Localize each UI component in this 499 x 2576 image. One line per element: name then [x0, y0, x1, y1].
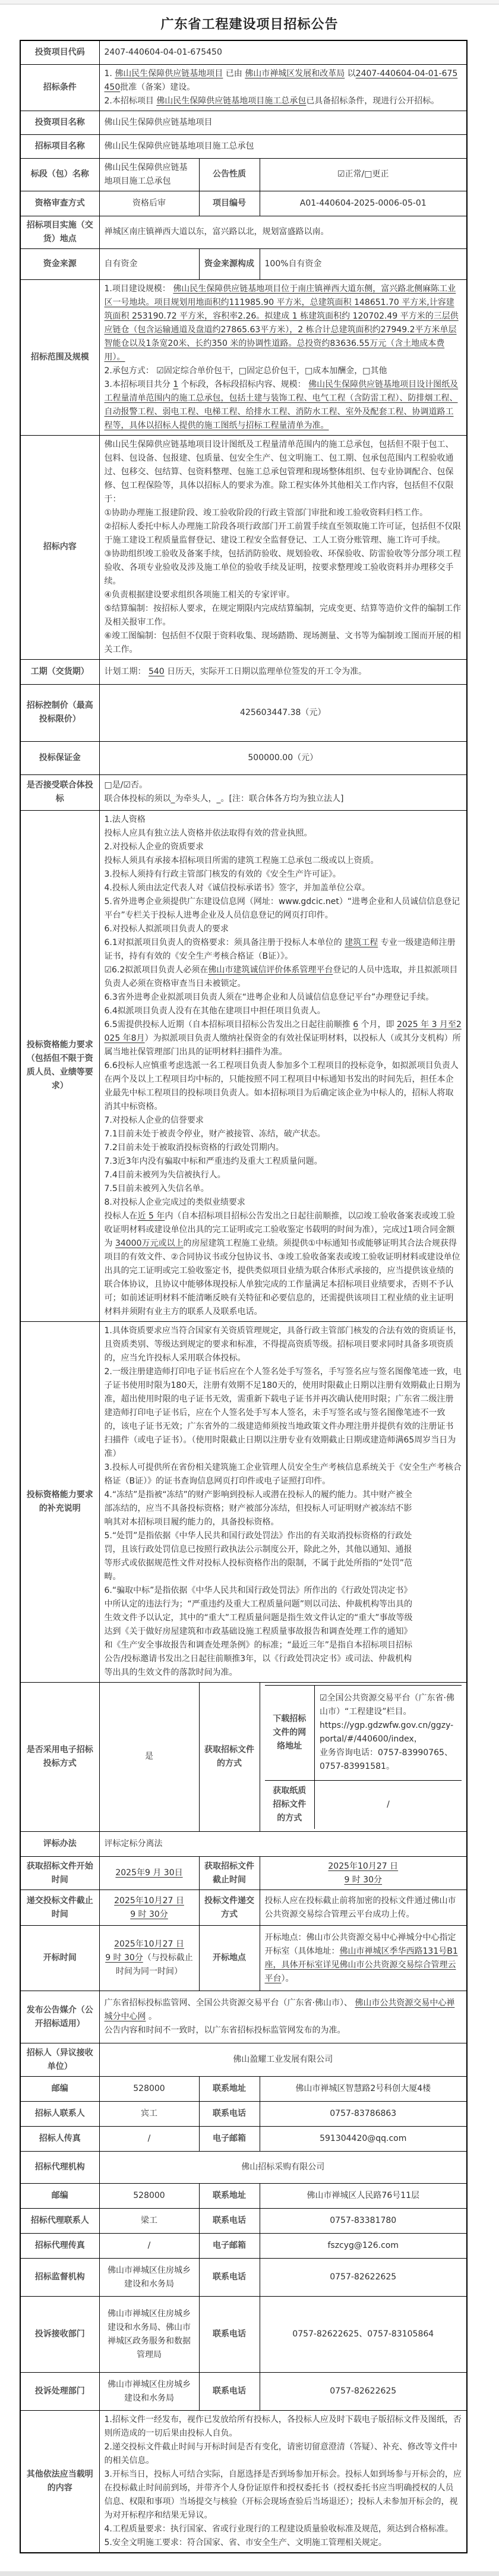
row-complaint-handling-value: 佛山市禅城区住房城乡建设和水务局 — [99, 2373, 199, 2411]
row-invest-project-name: 投资项目名称佛山民生保障供应链基地项目 — [20, 111, 467, 134]
paragraph: 1.法人资格 — [105, 813, 462, 827]
row-e-bidding-subtable: 下载招标文件的网络地址☑全国公共资源交易平台（广东省·佛山市）“工程建设”栏目。… — [260, 1682, 467, 1832]
row-opening-time-label: 开标时间 — [20, 1926, 99, 1991]
row-other-contents-value: 1.招标文件一经发布，视作已发放给所有投标人，各投标人应及时下载电子版招标文件及… — [99, 2411, 467, 2553]
row-opening-time-label: 开标地点 — [199, 1926, 260, 1991]
underlined-text-segment: 佛山市禅城区发展和改革局 — [245, 69, 345, 78]
row-control-price-label: 招标控制价（最高投标限价） — [20, 684, 99, 741]
text-segment: 1. — [105, 69, 115, 78]
row-e-bidding-label: 是否采用电子招标投标方式 — [20, 1682, 99, 1832]
text-segment: 6.6投标人应慎重考虑选派一名工程项目负责人参加多个工程项目的投标竞争，如拟派项… — [105, 1061, 459, 1111]
paragraph: 8.对投标人企业完成过的类似业绩要求 — [105, 1196, 462, 1210]
row-agency-fax: 招标代理传真/电子邮箱fszcyg@126.com — [20, 2234, 467, 2259]
paragraph: 7.对投标人企业的信誉要求 — [105, 1114, 462, 1128]
text-segment: 公告内容和时间不一致时，以广东省招标投标监管网发布的为准。 — [105, 2026, 346, 2035]
paragraph: 5.“处罚”是指依据《中华人民共和国行政处罚法》作出的有关取消投标资格的行政处罚… — [105, 1529, 419, 1584]
paragraph: 3.本招标项目共分 1 个标段，各标段招标内容、规模： 佛山民生保障供应链基地项… — [105, 378, 462, 433]
row-tenderer: 招标人（异议接收单位）佛山盈耀工业发展有限公司 — [20, 2043, 467, 2077]
paragraph: 6.对投标人拟派项目负责人的要求 — [105, 922, 462, 936]
paragraph: 开标地点：佛山市公共资源交易中心禅城分中心指定开标室（具体地址：佛山市禅城区季华… — [265, 1931, 462, 1986]
row-e-bidding: 是否采用电子招标投标方式是获取招标文件的方式下载招标文件的网络地址☑全国公共资源… — [20, 1682, 467, 1832]
paragraph: 佛山民生保障供应链基地项目设计图纸及工程量清单范围内的施工总承包，包括但不限于包… — [105, 438, 462, 506]
row-opening-time: 开标时间2025年10月27 日9 时 30分（与投标截止时间为同一时间）开标地… — [20, 1926, 467, 1991]
row-location-label: 招标项目实施（交货）地点 — [20, 216, 99, 248]
row-bid-submission-label: 递交投标文件截止时间 — [20, 1890, 99, 1926]
paragraph: ③协助组织竣工验收及备案手续，包括消防验收、规划验收、环保验收、防雷验收等分部分… — [105, 547, 462, 588]
paragraph: 1.招标文件一经发布，视作已发放给所有投标人，各投标人应及时下载电子版招标文件及… — [105, 2413, 462, 2440]
text-segment: 投标人须具有承接本招标项目所需的建筑工程施工总承包二级或以上资质。 — [105, 856, 379, 865]
text-segment: 2.承包方式： ☑固定综合单价包干，□固定总价包干，□成本加酬金，□其他 — [105, 366, 387, 376]
row-control-price-value: 425603447.38（元） — [99, 684, 467, 741]
paragraph: ④负责根据建设要求组织各项施工相关的专家评审。 — [105, 588, 462, 602]
row-doc-obtain-time-value: 2025年10月27 日9 时 30分 — [260, 1857, 467, 1890]
text-segment: 6.4拟派项目负责人没有在其他在建项目中担任项目负责人。 — [105, 1006, 326, 1016]
row-tenderer-contact-value: 0757-83786863 — [260, 2102, 467, 2127]
row-tender-conditions-value: 1. 佛山民生保障供应链基地项目 已由 佛山市禅城区发展和改革局 以2407-4… — [99, 64, 467, 111]
row-e-bidding-value: 是 — [99, 1682, 199, 1832]
page-top-edge — [0, 0, 499, 5]
row-complaint-handling: 投诉处理部门佛山市禅城区住房城乡建设和水务局联系电话0757-82622625 — [20, 2373, 467, 2411]
row-tender-project-name: 招标项目名称佛山民生保障供应链基地项目施工总承包 — [20, 134, 467, 158]
row-tenderer-postcode-label: 邮编 — [20, 2077, 99, 2102]
text-segment: 4.“冻结”是指被“冻结”的财产影响到投标人或潜在投标人的履约能力。其中财产被全… — [105, 1490, 412, 1527]
paragraph: ⑤结算编制：按招标人要求，在规定期限内完成结算编制，完成变更、结算等造价文件的编… — [105, 602, 462, 629]
row-doc-obtain-time-value: 2025年9 月 30日 — [99, 1857, 199, 1890]
paragraph: 6.6投标人应慎重考虑选派一名工程项目负责人参加多个工程项目的投标竞争，如拟派项… — [105, 1059, 462, 1114]
row-supervision-label: 联系电话 — [199, 2259, 260, 2297]
row-tender-conditions-label: 招标条件 — [20, 64, 99, 111]
paragraph: 4.投标人须由法定代表人对《诚信投标承诺书》签字，并加盖单位公章。 — [105, 881, 462, 895]
text-segment: ②招标人委托中标人办理施工阶段各项行政部门开工前置手续直至领取施工许可证，包括但… — [105, 522, 462, 545]
text-segment: 2.一级注册建造师打印电子证书后应在个人签名处手写签名，手写签名应与签名图像笔迹… — [105, 1367, 462, 1459]
text-segment: ①协助办理施工报建阶段、竣工验收阶段的行政主管部门审批和竣工验收资料归档工作。 — [105, 508, 428, 518]
row-agency-fax-value: fszcyg@126.com — [260, 2234, 467, 2259]
text-segment: 已具备招标条件，现进行公开招标。 — [306, 96, 439, 106]
text-segment: 6.3省外进粤企业拟派项目负责人须在“进粤企业和人员诚信信息登记平台”办理登记手… — [105, 993, 434, 1002]
paragraph: 2025年10月27 日 — [265, 1860, 462, 1873]
row-location-value: 禅城区南庄镇禅西大道以东，富兴路以北，规划富盛路以南。 — [99, 216, 467, 248]
text-segment: 6.5需提供投标人近期（自本招标项目招标公告发出之日起往前顺推 — [105, 1020, 353, 1029]
text-segment: 联合体投标的须以_为牵头人，_。[注：联合体各方均为独立法人] — [105, 794, 344, 804]
row-complaint-receiving-label: 联系电话 — [199, 2297, 260, 2373]
paragraph: 2.一级注册建造师打印电子证书后应在个人签名处手写签名，手写签名应与签名图像笔迹… — [105, 1365, 462, 1461]
text-segment: ⑤结算编制：按招标人要求，在规定期限内完成结算编制，完成变更、结算等造价文件的编… — [105, 604, 462, 627]
row-qualification-method-value: A01-440604-2025-0006-05-01 — [260, 191, 467, 216]
paragraph: 1.项目建设规模： 佛山民生保障供应链基地项目位于南庄镇禅西大道东侧，富兴路北侧… — [105, 282, 462, 364]
row-consortium: 是否接受联合体投标□是/☑否。联合体投标的须以_为牵头人，_。[注：联合体各方均… — [20, 774, 467, 810]
row-tenderer-value: 佛山盈耀工业发展有限公司 — [99, 2043, 467, 2077]
paragraph: 3.开标当日，投标人可结合实际，自愿选择是否到场参加开标会。投标人如到场参与开标… — [105, 2468, 462, 2523]
paragraph: 2.对投标人企业的资质要求 — [105, 840, 462, 854]
text-segment: 5.安全文明施工要求：符合国家、省、市安全生产、文明施工管理相关规定。 — [105, 2538, 387, 2547]
row-qualification-method-label: 资格审查方式 — [20, 191, 99, 216]
row-tenderer-contact: 招标人联系人宾工联系电话0757-83786863 — [20, 2102, 467, 2127]
row-complaint-receiving-value: 0757-82622625、0757-83105864 — [260, 2297, 467, 2373]
underlined-text-segment: 近 5 年 — [138, 1211, 165, 1221]
underlined-text-segment: 2025年10月27 日 — [114, 1939, 184, 1949]
row-agency-contact: 招标代理联系人梁工联系电话0757-83381780 — [20, 2209, 467, 2234]
text-segment: ③协助组织竣工验收及备案手续，包括消防验收、规划验收、环保验收、防雷验收等分部分… — [105, 549, 462, 586]
row-qualification-notes-label: 投标资格能力要求的补充说明 — [20, 1321, 99, 1682]
text-segment: 投标人应具有独立法人资格并依法取得有效的营业执照。 — [105, 829, 312, 838]
text-segment: ）为拟派项目负责人缴纳社保资金的有效社保证明材料，以投标人（或其分支机构）所属当… — [105, 1034, 461, 1057]
row-complaint-handling-label: 联系电话 — [199, 2373, 260, 2411]
paragraph: 9 时 30分（与投标截止 — [105, 1951, 194, 1965]
paragraph: 2.承包方式： ☑固定综合单价包干，□固定总价包干，□成本加酬金，□其他 — [105, 364, 462, 378]
row-tender-content: 招标内容佛山民生保障供应链基地项目设计图纸及工程量清单范围内的施工总承包，包括但… — [20, 435, 467, 659]
row-tenderer-postcode: 邮编528000联系地址佛山市禅城区智慧路2号科创大厦4楼 — [20, 2077, 467, 2102]
paragraph: 7.3近3年内没有骗取中标和严重违约及重大工程质量问题。 — [105, 1155, 462, 1169]
paragraph: 6.5需提供投标人近期（自本招标项目招标公告发出之日起往前顺推 6 个月，即 2… — [105, 1018, 462, 1059]
underlined-text-segment: 佛山民生保障供应链基地项目位于南庄镇禅西大道东侧，富兴路北侧麻陈工业区一号地块。… — [105, 284, 459, 362]
row-qualification-method-label: 项目编号 — [199, 191, 260, 216]
row-tenderer-fax-value: 591304420@qq.com — [260, 2127, 467, 2152]
underlined-text-segment: 6 — [353, 1020, 358, 1029]
text-segment: 3.本招标项目共分 — [105, 380, 173, 389]
paragraph: ②招标人委托中标人办理施工阶段各项行政部门开工前置手续直至领取施工许可证，包括但… — [105, 520, 462, 547]
row-agency-fax-label: 电子邮箱 — [199, 2234, 260, 2259]
row-bid-deposit: 投标保证金500000.00（元） — [20, 741, 467, 774]
row-tenderer-label: 招标人（异议接收单位） — [20, 2043, 99, 2077]
row-scope-label: 招标范围及规模 — [20, 279, 99, 435]
paragraph: 6.4拟派项目负责人没有在其他在建项目中担任项目负责人。 — [105, 1004, 462, 1018]
row-agency-postcode: 邮编528000联系地址佛山市禅城区人民路76号11层 — [20, 2184, 467, 2209]
text-segment: □是/☑否。 — [105, 780, 148, 790]
row-qualification-requirements-label: 投标资格能力要求（包括但不限于资质人员、业绩等要求） — [20, 810, 99, 1321]
underlined-text-segment: 9 时 30分 — [344, 1875, 382, 1885]
row-doc-obtain-time-label: 获取招标文件开始时间 — [20, 1857, 99, 1890]
underlined-text-segment: 佛山民生保障供应链基地项目施工总承包 — [156, 96, 306, 106]
paragraph: 2025年10月27 日 — [105, 1938, 194, 1951]
paragraph: 业务咨询电话：0757-83990765、0757-83991581。 — [320, 1746, 457, 1774]
text-segment: 业务咨询电话：0757-83990765、0757-83991581。 — [320, 1748, 453, 1771]
row-e-bidding-sub-label: 下载招标文件的网络地址 — [265, 1685, 315, 1780]
text-segment: 7.1目前未处于被责令停业，财产被接管、冻结，破产状态。 — [105, 1129, 326, 1139]
row-project-code-value: 2407-440604-04-01-675450 — [99, 40, 467, 64]
text-segment: 7.4目前未被列为失信被执行人。 — [105, 1170, 226, 1180]
row-evaluation-method-value: 评标定标分离法 — [99, 1832, 467, 1857]
row-opening-time-value: 开标地点：佛山市公共资源交易中心禅城分中心指定开标室（具体地址：佛山市禅城区季华… — [260, 1926, 467, 1991]
text-segment: ☑全国公共资源交易平台（广东省·佛山市）“工程建设”栏目。 — [320, 1693, 454, 1717]
row-agency: 招标代理机构佛山招标采购有限公司 — [20, 2152, 467, 2184]
row-consortium-value: □是/☑否。联合体投标的须以_为牵头人，_。[注：联合体各方均为独立法人] — [99, 774, 467, 810]
row-fund-source-value: 自有资金 — [99, 248, 199, 279]
text-segment: 3.开标当日，投标人可结合实际，自愿选择是否到场参加开标会。投标人如到场参与开标… — [105, 2470, 462, 2520]
row-agency-contact-label: 招标代理联系人 — [20, 2209, 99, 2234]
row-tenderer-contact-value: 宾工 — [99, 2102, 199, 2127]
paragraph: 4.“冻结”是指被“冻结”的财产影响到投标人或潜在投标人的履约能力。其中财产被全… — [105, 1488, 419, 1529]
text-segment: ☑6.2拟派项目负责人必须在 — [105, 965, 209, 975]
text-segment: 投标人在 — [105, 1211, 138, 1221]
paragraph: 7.1目前未处于被责令停业，财产被接管、冻结，破产状态。 — [105, 1128, 462, 1141]
text-segment: 7.对投标人企业的信誉要求 — [105, 1116, 204, 1125]
paragraph: 7.2目前未处于被取消投标资格的行政处罚期内。 — [105, 1141, 462, 1155]
text-segment: 1.招标文件一经发布，视作已发放给所有投标人，各投标人应及时下载电子版招标文件及… — [105, 2415, 462, 2438]
row-supervision-value: 0757-82622625 — [260, 2259, 467, 2297]
row-tenderer-postcode-value: 佛山市禅城区智慧路2号科创大厦4楼 — [260, 2077, 467, 2102]
underlined-text-segment: 建筑工程 — [345, 938, 378, 947]
text-segment: 时间为同一时间） — [116, 1967, 182, 1976]
text-segment: 5.“处罚”是指依据《中华人民共和国行政处罚法》作出的有关取消投标资格的行政处罚… — [105, 1531, 413, 1582]
paragraph: 2025年9 月 30日 — [105, 1866, 194, 1880]
row-tender-project-name-value: 佛山民生保障供应链基地项目施工总承包 — [99, 134, 467, 158]
row-qualification-method-value: 资格后审 — [99, 191, 199, 216]
row-agency-fax-value: / — [99, 2234, 199, 2259]
row-complaint-receiving-label: 投诉接收部门 — [20, 2297, 99, 2373]
underlined-text-segment: 540 — [149, 667, 165, 676]
row-tender-content-value: 佛山民生保障供应链基地项目设计图纸及工程量清单范围内的施工总承包，包括但不限于包… — [99, 435, 467, 659]
text-segment: ⑥竣工图编制：包括但不仅限于资料收集、现场踏勘、现场测量、文书等为编制竣工图而开… — [105, 631, 462, 654]
text-segment: 5.省外进粤企业须提供广东建设信息网（网址：www.gdcic.net）“进粤企… — [105, 897, 460, 920]
row-duration: 工期（交货期）计划工期： 540 日历天，实际开工日期以监理单位签发的开工令为准… — [20, 659, 467, 684]
text-segment: 4.工程质量要求：执行国家、省或行业现行的工程建设质量验收标准及规范，须达到合格… — [105, 2524, 453, 2534]
text-segment: 3.投标人可提供所在省份相关建筑施工企业管理人员安全生产考核信息系统关于《安全生… — [105, 1463, 462, 1486]
row-supervision: 招标监督机构佛山市禅城区住房城乡建设和水务局联系电话0757-82622625 — [20, 2259, 467, 2297]
text-segment: 佛山民生保障供应链基地项目设计图纸及工程量清单范围内的施工总承包，包括但不限于包… — [105, 440, 454, 504]
underlined-text-segment: 34000万元或以上 — [115, 1239, 184, 1248]
paragraph: https://ygp.gdzwfw.gov.cn/ggzy-portal/#/… — [320, 1719, 457, 1746]
paragraph: 投标人在近 5 年内（自本招标项目招标公告发出之日起往前顺推，以☑竣工验收备案表… — [105, 1210, 462, 1319]
row-section-name: 标段（包）名称佛山民生保障供应链基地项目施工总承包公告性质☑正常/□更正 — [20, 158, 467, 191]
paragraph: 2.本招标项目 佛山民生保障供应链基地项目施工总承包已具备招标条件，现进行公开招… — [105, 95, 462, 108]
row-project-code: 投资项目代码2407-440604-04-01-675450 — [20, 40, 467, 64]
paragraph: 9 时 30分 — [265, 1873, 462, 1887]
paragraph: 9 时 30分 — [105, 1908, 194, 1922]
row-consortium-label: 是否接受联合体投标 — [20, 774, 99, 810]
announcement-table-body: 投资项目代码2407-440604-04-01-675450招标条件1. 佛山民… — [20, 40, 467, 2553]
row-project-code-label: 投资项目代码 — [20, 40, 99, 64]
row-section-name-value: 佛山民生保障供应链基地项目施工总承包 — [99, 158, 199, 191]
paragraph: 投标人须具有承接本招标项目所需的建筑工程施工总承包二级或以上资质。 — [105, 854, 462, 868]
text-segment: 个标段，各标段招标内容、规模： — [178, 380, 308, 389]
text-segment: 6.对投标人拟派项目负责人的要求 — [105, 924, 229, 934]
paragraph: 广东省招标投标监管网、全国公共资源交易平台（广东省·佛山市）、 佛山市公共资源交… — [105, 1996, 462, 2024]
paragraph: 投标人应具有独立法人资格并依法取得有效的营业执照。 — [105, 827, 462, 840]
row-bid-submission-value: 2025年10月27 日9 时 30分 — [99, 1890, 199, 1926]
row-section-name-value: ☑正常/□更正 — [260, 158, 467, 191]
row-tenderer-fax: 招标人传真/电子邮箱591304420@qq.com — [20, 2127, 467, 2152]
row-agency-label: 招标代理机构 — [20, 2152, 99, 2184]
text-segment: 个月，即 — [358, 1020, 397, 1029]
row-tenderer-contact-label: 招标人联系人 — [20, 2102, 99, 2127]
row-agency-contact-label: 联系电话 — [199, 2209, 260, 2234]
underlined-text-segment: 1 — [173, 380, 178, 389]
underlined-text-segment: 9 时 30分 — [105, 1953, 143, 1963]
row-announcement-media: 发布公告媒介（公开招标适用）广东省招标投标监管网、全国公共资源交易平台（广东省·… — [20, 1991, 467, 2043]
row-control-price: 招标控制价（最高投标限价）425603447.38（元） — [20, 684, 467, 741]
row-bid-deposit-label: 投标保证金 — [20, 741, 99, 774]
row-scope-value: 1.项目建设规模： 佛山民生保障供应链基地项目位于南庄镇禅西大道东侧，富兴路北侧… — [99, 279, 467, 435]
row-tenderer-fax-label: 招标人传真 — [20, 2127, 99, 2152]
text-segment: 6.1对拟派项目负责人的资格要求：须具备注册于投标人本单位的 — [105, 938, 345, 947]
row-tender-content-label: 招标内容 — [20, 435, 99, 659]
row-complaint-handling-value: 0757-82622625 — [260, 2373, 467, 2411]
paragraph: ①协助办理施工报建阶段、竣工验收阶段的行政主管部门审批和竣工验收资料归档工作。 — [105, 506, 462, 520]
paragraph: 7.5目前未被列入失信名单。 — [105, 1182, 462, 1196]
underlined-text-segment: 9 时 30分 — [130, 1910, 168, 1919]
page-bottom-edge — [0, 2571, 499, 2576]
row-invest-project-name-value: 佛山民生保障供应链基地项目 — [99, 111, 467, 134]
row-agency-contact-value: 梁工 — [99, 2209, 199, 2234]
text-segment: 1.项目建设规模： — [105, 284, 173, 294]
page-title: 广东省工程建设项目招标公告 — [0, 14, 499, 33]
row-tender-project-name-label: 招标项目名称 — [20, 134, 99, 158]
row-evaluation-method: 评标办法评标定标分离法 — [20, 1832, 467, 1857]
text-segment: 2.递交投标文件截止时间与开标时间是否有变化，请密切留意澄清（答疑）、补充、修改… — [105, 2442, 457, 2465]
row-agency-contact-value: 0757-83381780 — [260, 2209, 467, 2234]
text-segment: 2.对投标人企业的资质要求 — [105, 842, 204, 852]
text-segment: 1.具体资质要求应当符合国家有关资质管理规定，具备行政主管部门核发的合法有效的资… — [105, 1326, 462, 1363]
row-section-name-label: 标段（包）名称 — [20, 158, 99, 191]
paragraph: 6.“骗取中标”是指依据《中华人民共和国行政处罚法》所作出的《行政处罚决定书》中… — [105, 1584, 419, 1680]
row-supervision-label: 招标监督机构 — [20, 2259, 99, 2297]
row-tenderer-postcode-label: 联系地址 — [199, 2077, 260, 2102]
row-supervision-value: 佛山市禅城区住房城乡建设和水务局 — [99, 2259, 199, 2297]
row-announcement-media-value: 广东省招标投标监管网、全国公共资源交易平台（广东省·佛山市）、 佛山市公共资源交… — [99, 1991, 467, 2043]
row-other-contents-label: 其他依法应当载明的内容 — [20, 2411, 99, 2553]
row-tenderer-postcode-value: 528000 — [99, 2077, 199, 2102]
paragraph: 7.4目前未被列为失信被执行人。 — [105, 1169, 462, 1182]
paragraph: 3.投标人须持有行政主管部门核发的有效的《安全生产许可证》。 — [105, 868, 462, 881]
row-tenderer-fax-value: / — [99, 2127, 199, 2152]
underlined-text-segment: 佛山民生保障供应链基地项目 — [115, 69, 223, 78]
paragraph: 投标人应在投标截止前将加密的投标文件通过佛山市公共资源交易综合管理云平台成功上传… — [265, 1894, 462, 1922]
text-segment: （与投标截止 — [143, 1953, 193, 1963]
paragraph: ☑6.2拟派项目负责人必须在佛山市建筑诚信评价体系管理平台登记的人员中选取，并且… — [105, 963, 462, 991]
text-segment: 8.对投标人企业完成过的类似业绩要求 — [105, 1198, 245, 1207]
underlined-text-segment: 2025年10月27 日 — [328, 1862, 398, 1871]
text-segment: 计划工期： — [105, 667, 149, 676]
text-segment: 3.投标人须持有行政主管部门核发的有效的《安全生产许可证》。 — [105, 870, 341, 879]
text-segment: 6.“骗取中标”是指依据《中华人民共和国行政处罚法》所作出的《行政处罚决定书》中… — [105, 1586, 413, 1677]
row-invest-project-name-label: 投资项目名称 — [20, 111, 99, 134]
row-qualification-requirements-value: 1.法人资格投标人应具有独立法人资格并依法取得有效的营业执照。2.对投标人企业的… — [99, 810, 467, 1321]
row-bid-submission-value: 投标人应在投标截止前将加密的投标文件通过佛山市公共资源交易综合管理云平台成功上传… — [260, 1890, 467, 1926]
text-segment: 已由 — [223, 69, 245, 78]
text-segment: 的房屋建筑工程施工业绩。须提供①中标通知书或能够证明其合法合规获得项目的有效文件… — [105, 1239, 460, 1317]
paragraph: ☑全国公共资源交易平台（广东省·佛山市）“工程建设”栏目。 — [320, 1692, 457, 1719]
text-segment: 投标人应在投标截止前将加密的投标文件通过佛山市公共资源交易综合管理云平台成功上传… — [265, 1896, 456, 1919]
row-fund-source-label: 资金来源构成 — [199, 248, 260, 279]
paragraph: 时间为同一时间） — [105, 1965, 194, 1979]
row-fund-source: 资金来源自有资金资金来源构成100%自有资金 — [20, 248, 467, 279]
row-e-bidding-sub-value: / — [315, 1780, 462, 1829]
row-bid-submission: 递交投标文件截止时间2025年10月27 日9 时 30分投标文件递交方式投标人… — [20, 1890, 467, 1926]
row-agency-value: 佛山招标采购有限公司 — [99, 2152, 467, 2184]
row-evaluation-method-label: 评标办法 — [20, 1832, 99, 1857]
text-segment: https://ygp.gdzwfw.gov.cn/ggzy-portal/#/… — [320, 1721, 453, 1744]
paragraph: 计划工期： 540 日历天，实际开工日期以监理单位签发的开工令为准。 — [105, 665, 462, 679]
paragraph: 1. 佛山民生保障供应链基地项目 已由 佛山市禅城区发展和改革局 以2407-4… — [105, 67, 462, 95]
text-segment: ）。 — [282, 1974, 294, 1983]
paragraph: ⑥竣工图编制：包括但不仅限于资料收集、现场踏勘、现场测量、文书等为编制竣工图而开… — [105, 629, 462, 657]
paragraph: 6.1对拟派项目负责人的资格要求：须具备注册于投标人本单位的 建筑工程 专业一级… — [105, 936, 462, 963]
row-qualification-notes-value: 1.具体资质要求应当符合国家有关资质管理规定，具备行政主管部门核发的合法有效的资… — [99, 1321, 467, 1682]
row-agency-postcode-label: 联系地址 — [199, 2184, 260, 2209]
text-segment: ④负责根据建设要求组织各项施工相关的专家评审。 — [105, 590, 295, 600]
text-segment: 2.本招标项目 — [105, 96, 157, 106]
row-fund-source-value: 100%自有资金 — [260, 248, 467, 279]
paragraph: 1.具体资质要求应当符合国家有关资质管理规定，具备行政主管部门核发的合法有效的资… — [105, 1324, 462, 1365]
row-announcement-media-label: 发布公告媒介（公开招标适用） — [20, 1991, 99, 2043]
bottom-spacer — [0, 2553, 499, 2571]
paragraph: 6.3省外进粤企业拟派项目负责人须在“进粤企业和人员诚信信息登记平台”办理登记手… — [105, 991, 462, 1004]
underlined-text-segment: 2025年10月27 日 — [114, 1896, 184, 1906]
row-opening-time-value: 2025年10月27 日9 时 30分（与投标截止时间为同一时间） — [99, 1926, 199, 1991]
text-segment: 7.5目前未被列入失信名单。 — [105, 1184, 209, 1193]
row-duration-label: 工期（交货期） — [20, 659, 99, 684]
text-segment: 日历天，实际开工日期以监理单位签发的开工令为准。 — [165, 667, 367, 676]
text-segment: 7.2目前未处于被取消投标资格的行政处罚期内。 — [105, 1143, 284, 1152]
row-e-bidding-label: 获取招标文件的方式 — [199, 1682, 260, 1832]
row-tender-conditions: 招标条件1. 佛山民生保障供应链基地项目 已由 佛山市禅城区发展和改革局 以24… — [20, 64, 467, 111]
paragraph: 5.安全文明施工要求：符合国家、省、市安全生产、文明施工管理相关规定。 — [105, 2536, 462, 2550]
row-agency-postcode-value: 528000 — [99, 2184, 199, 2209]
row-duration-value: 计划工期： 540 日历天，实际开工日期以监理单位签发的开工令为准。 — [99, 659, 467, 684]
row-qualification-notes: 投标资格能力要求的补充说明1.具体资质要求应当符合国家有关资质管理规定，具备行政… — [20, 1321, 467, 1682]
text-segment: 以 — [345, 69, 355, 78]
row-doc-obtain-time-label: 获取招标文件截止时间 — [199, 1857, 260, 1890]
paragraph: □是/☑否。 — [105, 779, 462, 792]
text-segment: 4.投标人须由法定代表人对《诚信投标承诺书》签字，并加盖单位公章。 — [105, 883, 370, 893]
row-qualification-requirements: 投标资格能力要求（包括但不限于资质人员、业绩等要求）1.法人资格投标人应具有独立… — [20, 810, 467, 1321]
row-complaint-handling-label: 投诉处理部门 — [20, 2373, 99, 2411]
row-agency-postcode-label: 邮编 — [20, 2184, 99, 2209]
paragraph: 联合体投标的须以_为牵头人，_。[注：联合体各方均为独立法人] — [105, 792, 462, 806]
text-segment: 批准（备案）建设。 — [120, 83, 195, 92]
row-doc-obtain-time: 获取招标文件开始时间2025年9 月 30日获取招标文件截止时间2025年10月… — [20, 1857, 467, 1890]
row-qualification-method: 资格审查方式资格后审项目编号A01-440604-2025-0006-05-01 — [20, 191, 467, 216]
row-section-name-label: 公告性质 — [199, 158, 260, 191]
paragraph: 5.省外进粤企业须提供广东建设信息网（网址：www.gdcic.net）“进粤企… — [105, 895, 462, 922]
row-location: 招标项目实施（交货）地点禅城区南庄镇禅西大道以东，富兴路以北，规划富盛路以南。 — [20, 216, 467, 248]
row-tenderer-fax-label: 电子邮箱 — [199, 2127, 260, 2152]
text-segment: 7.3近3年内没有骗取中标和严重违约及重大工程质量问题。 — [105, 1157, 323, 1166]
underlined-text-segment: 佛山市建筑诚信评价体系管理平台 — [208, 965, 333, 975]
announcement-table: 投资项目代码2407-440604-04-01-675450招标条件1. 佛山民… — [20, 40, 468, 2553]
row-e-bidding-sub-value: ☑全国公共资源交易平台（广东省·佛山市）“工程建设”栏目。https://ygp… — [315, 1685, 462, 1780]
row-fund-source-label: 资金来源 — [20, 248, 99, 279]
row-bid-deposit-value: 500000.00（元） — [99, 741, 467, 774]
paragraph: 2025年10月27 日 — [105, 1894, 194, 1908]
text-segment: 广东省招标投标监管网、全国公共资源交易平台（广东省·佛山市）、 — [105, 1998, 355, 2008]
row-e-bidding-sub-label: 获取纸质招标文件的方式 — [265, 1780, 315, 1829]
row-complaint-receiving-value: 佛山市禅城区住房城乡建设和水务局、佛山市禅城区政务服务和数据管理局 — [99, 2297, 199, 2373]
underlined-text-segment: 2025年9 月 30日 — [115, 1868, 182, 1878]
row-agency-postcode-value: 佛山市禅城区人民路76号11层 — [260, 2184, 467, 2209]
text-segment: 。 — [146, 2012, 157, 2021]
row-agency-fax-label: 招标代理传真 — [20, 2234, 99, 2259]
row-other-contents: 其他依法应当载明的内容1.招标文件一经发布，视作已发放给所有投标人，各投标人应及… — [20, 2411, 467, 2553]
row-scope: 招标范围及规模1.项目建设规模： 佛山民生保障供应链基地项目位于南庄镇禅西大道东… — [20, 279, 467, 435]
text-segment: 1.法人资格 — [105, 815, 146, 824]
paragraph: 2.递交投标文件截止时间与开标时间是否有变化，请密切留意澄清（答疑）、补充、修改… — [105, 2440, 462, 2468]
paragraph: 4.工程质量要求：执行国家、省或行业现行的工程建设质量验收标准及规范，须达到合格… — [105, 2523, 462, 2536]
row-bid-submission-label: 投标文件递交方式 — [199, 1890, 260, 1926]
paragraph: 公告内容和时间不一致时，以广东省招标投标监管网发布的为准。 — [105, 2024, 462, 2038]
paragraph: 3.投标人可提供所在省份相关建筑施工企业管理人员安全生产考核信息系统关于《安全生… — [105, 1461, 462, 1488]
row-tenderer-contact-label: 联系电话 — [199, 2102, 260, 2127]
